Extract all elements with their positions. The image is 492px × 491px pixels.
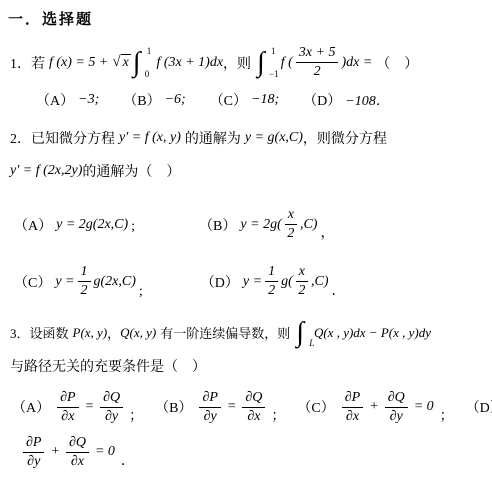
question-2-stem-line2: y′ = f (2x,2y) 的通解为（ ） <box>10 161 486 181</box>
fraction-1-over-2: 1 2 <box>78 264 91 299</box>
sqrt-icon: √ <box>112 54 120 71</box>
fraction-denominator: 2 <box>265 282 278 299</box>
fraction-denominator: 2 <box>78 282 91 299</box>
option-formula: y = 2g(2x,C) <box>56 217 128 233</box>
q1-option-a: （A） −3; <box>36 90 99 110</box>
option-value: −3; <box>78 92 99 108</box>
fraction-denominator: ∂y <box>100 408 123 425</box>
option-separator: ; <box>131 219 135 235</box>
section-title: 一．选择题 <box>8 8 486 29</box>
q1-number: 1．若 <box>10 53 45 73</box>
q3-option-d-label: （D） <box>466 397 492 417</box>
partial-fraction: ∂P ∂x <box>342 390 363 425</box>
plus-sign: + <box>369 399 378 415</box>
q1-then-text: ，则 <box>223 53 251 73</box>
option-separator: ， <box>320 222 334 242</box>
integral-icon: ∫ <box>296 316 304 350</box>
integral-lower-limit: −1 <box>269 69 279 79</box>
q2-option-c: （C） y = 1 2 g(2x,C) ; <box>14 264 143 299</box>
sqrt-argument: x <box>121 54 131 71</box>
fraction-denominator: ∂x <box>342 408 363 425</box>
q1-close-equals: )dx = <box>341 55 372 71</box>
fraction-denominator: ∂y <box>199 408 220 425</box>
fraction-numerator: ∂P <box>342 390 363 408</box>
fraction-denominator: ∂x <box>242 408 265 425</box>
integral-path-subscript: L <box>309 338 314 348</box>
option-separator: ． <box>331 280 345 300</box>
fraction-numerator: ∂Q <box>385 390 408 408</box>
option-formula-end: g(2x,C) <box>94 274 136 290</box>
q3-option-d-formula: ∂P ∂y + ∂Q ∂x = 0 ． <box>20 435 486 470</box>
fraction-denominator: ∂y <box>385 408 408 425</box>
q2-ode: y′ = f (x, y) <box>119 130 181 146</box>
fraction-numerator: x <box>285 207 297 225</box>
option-formula: y = 2g( <box>240 217 281 233</box>
question-2-options-cd: （C） y = 1 2 g(2x,C) ; （D） y = 1 2 g( x 2… <box>14 264 486 299</box>
q3-number-text: 3．设函数 <box>10 323 69 342</box>
q2-solution: y = g(x,C) <box>245 130 303 146</box>
q3-continuous-text: 有一阶连续偏导数，则 <box>160 323 290 342</box>
option-value: −108． <box>345 90 389 110</box>
option-label: （A） <box>14 215 52 235</box>
fraction-numerator: ∂P <box>199 390 220 408</box>
q3-P-function: P(x, y) <box>73 325 108 341</box>
fraction-numerator: x <box>296 264 308 282</box>
q1-option-d: （D） −108． <box>303 90 390 110</box>
q3-condition-text: 与路径无关的充要条件是（ ） <box>10 356 206 376</box>
fraction-x-over-2: x 2 <box>296 264 308 299</box>
option-formula-mid: g( <box>281 274 293 290</box>
q2-then-text: ，则微分方程 <box>303 128 387 148</box>
q1-formula-part1: f (x) = 5 + <box>49 55 108 71</box>
q3-option-c: （C） ∂P ∂x + ∂Q ∂y = 0 ； <box>297 390 453 425</box>
equals-zero: = 0 <box>95 444 115 460</box>
fraction-denominator: 2 <box>285 225 297 242</box>
q3-option-b: （B） ∂P ∂y = ∂Q ∂x ； <box>155 390 285 425</box>
option-label: （D） <box>303 90 341 110</box>
fraction-numerator: 1 <box>265 264 278 282</box>
q2-option-b: （B） y = 2g( x 2 ,C) ， <box>199 207 334 242</box>
question-2-stem-line1: 2．已知微分方程 y′ = f (x, y) 的通解为 y = g(x,C) ，… <box>10 128 486 148</box>
question-1-options: （A） −3; （B） −6; （C） −18; （D） −108． <box>36 90 486 110</box>
option-formula-end: ,C) <box>300 217 318 233</box>
integral-icon: ∫ <box>133 46 141 80</box>
q1-integrand1: f (3x + 1)dx <box>156 55 223 71</box>
option-formula: y = <box>243 274 262 290</box>
q2-option-d: （D） y = 1 2 g( x 2 ,C) ． <box>201 264 346 299</box>
fraction-numerator: ∂P <box>57 390 78 408</box>
partial-fraction: ∂Q ∂y <box>385 390 408 425</box>
option-separator: ; <box>139 284 143 300</box>
q2-text-general-solution: 的通解为 <box>185 128 241 148</box>
fraction-denominator: ∂y <box>23 453 44 470</box>
q2-option-a: （A） y = 2g(2x,C) ; <box>14 215 135 235</box>
partial-fraction: ∂Q ∂x <box>66 435 89 470</box>
fraction-numerator: 1 <box>78 264 91 282</box>
fraction-1-over-2: 1 2 <box>265 264 278 299</box>
question-3-stem-line2: 与路径无关的充要条件是（ ） <box>10 356 486 376</box>
plus-sign: + <box>50 444 59 460</box>
q3-Q-function: Q(x, y) <box>120 325 156 341</box>
equals-sign: = <box>227 399 236 415</box>
option-formula: y = <box>55 274 74 290</box>
q3-option-a: （A） ∂P ∂x = ∂Q ∂y ； <box>12 390 143 425</box>
partial-fraction: ∂Q ∂x <box>242 390 265 425</box>
q2-blank-text: 的通解为（ ） <box>82 161 180 181</box>
exam-page: 一．选择题 1．若 f (x) = 5 + √ x ∫ 1 0 f (3x + … <box>0 0 492 470</box>
equals-sign: = <box>85 399 94 415</box>
fraction-denominator: 2 <box>296 63 339 80</box>
integral-neg1-to-1: ∫ 1 −1 <box>257 46 279 80</box>
integral-upper-limit: 1 <box>147 46 152 56</box>
q1-option-b: （B） −6; <box>123 90 185 110</box>
option-label: （B） <box>123 90 160 110</box>
option-label: （C） <box>210 90 247 110</box>
option-label: （B） <box>155 397 192 417</box>
q3-integrand: Q(x , y)dx − P(x , y)dy <box>314 325 431 341</box>
integral-0-to-1: ∫ 1 0 <box>133 46 155 80</box>
line-integral-L: ∫ L <box>296 316 312 350</box>
fraction-numerator: ∂Q <box>100 390 123 408</box>
question-3-options: （A） ∂P ∂x = ∂Q ∂y ； （B） ∂P ∂y = ∂Q ∂x <box>12 390 486 425</box>
q1-option-c: （C） −18; <box>210 90 279 110</box>
option-value: −18; <box>251 92 279 108</box>
fraction-numerator: ∂Q <box>66 435 89 453</box>
q1-f-open: f ( <box>281 55 293 71</box>
question-3-stem-line1: 3．设函数 P(x, y) ， Q(x, y) 有一阶连续偏导数，则 ∫ L Q… <box>10 316 486 350</box>
option-label: （A） <box>36 90 74 110</box>
option-separator: ； <box>271 405 285 425</box>
equals-zero: = 0 <box>414 399 434 415</box>
option-label: （D） <box>201 272 239 292</box>
sqrt-radical: √ x <box>112 54 130 71</box>
fraction-numerator: 3x + 5 <box>296 45 339 63</box>
q2-ode2: y′ = f (2x,2y) <box>10 163 82 179</box>
integral-lower-limit: 0 <box>145 69 150 79</box>
partial-fraction: ∂P ∂x <box>57 390 78 425</box>
option-label: （B） <box>199 215 236 235</box>
option-formula-end: ,C) <box>311 274 329 290</box>
option-label: （A） <box>12 397 50 417</box>
fraction-denominator: 2 <box>296 282 308 299</box>
integral-icon: ∫ <box>257 46 265 80</box>
partial-fraction: ∂Q ∂y <box>100 390 123 425</box>
option-label: （C） <box>14 272 51 292</box>
fraction-numerator: ∂Q <box>242 390 265 408</box>
fraction-denominator: ∂x <box>66 453 89 470</box>
question-1-stem: 1．若 f (x) = 5 + √ x ∫ 1 0 f (3x + 1)dx ，… <box>10 45 486 80</box>
integral-upper-limit: 1 <box>271 46 276 56</box>
period: ． <box>121 450 135 470</box>
fraction-denominator: ∂x <box>57 408 78 425</box>
q1-answer-blank: （ ） <box>376 53 418 73</box>
fraction-numerator: ∂P <box>23 435 44 453</box>
fraction-3x5-over-2: 3x + 5 2 <box>296 45 339 80</box>
question-2-options-ab: （A） y = 2g(2x,C) ; （B） y = 2g( x 2 ,C) ， <box>14 207 486 242</box>
q3-comma: ， <box>107 323 120 342</box>
q2-number-text: 2．已知微分方程 <box>10 128 115 148</box>
partial-fraction: ∂P ∂y <box>23 435 44 470</box>
fraction-x-over-2: x 2 <box>285 207 297 242</box>
option-value: −6; <box>165 92 186 108</box>
option-label: （C） <box>297 397 334 417</box>
option-separator: ； <box>129 405 143 425</box>
option-separator: ； <box>440 405 454 425</box>
partial-fraction: ∂P ∂y <box>199 390 220 425</box>
